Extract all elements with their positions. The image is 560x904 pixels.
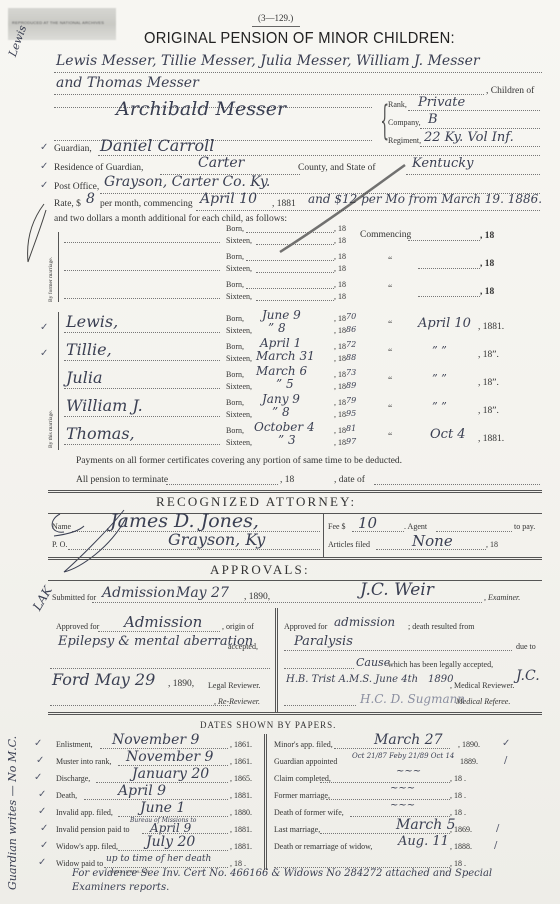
payments-note: Payments on all former certificates cove… — [76, 456, 402, 466]
check-mark-icon: ✓ — [40, 161, 48, 172]
per-month-label: per month, commencing — [100, 199, 193, 209]
this-marriage-label: By this marriage. — [48, 318, 54, 448]
articles-filed-label: Articles filed — [328, 540, 370, 549]
post-office-value: Grayson, Carter Co. Ky. — [104, 174, 270, 190]
approved-for-label: Approved for — [56, 622, 99, 631]
margin-note-left: Guardian writes — No M.C. — [6, 690, 19, 890]
dates-section-title: DATES SHOWN BY PAPERS. — [200, 720, 336, 730]
attorney-section-title: RECOGNIZED ATTORNEY: — [156, 494, 356, 510]
regiment-label: Regiment, — [388, 136, 421, 145]
children-names-line2: and Thomas Messer — [56, 75, 199, 91]
rate-label: Rate, $ — [54, 199, 81, 209]
child-name: Lewis, — [66, 312, 118, 331]
residence-label: Residence of Guardian, — [54, 163, 143, 173]
fee-value: 10 — [358, 514, 377, 532]
approved-for-right-label: Approved for — [284, 622, 327, 631]
guardian-value: Daniel Carroll — [100, 136, 214, 155]
approved-for-value: Admission — [124, 613, 202, 631]
submitted-date: May 27 — [176, 585, 229, 601]
child-name: William J. — [66, 396, 143, 415]
residence-state: Kentucky — [412, 156, 474, 171]
legal-reviewer-signature: Ford May 29 — [52, 670, 155, 689]
check-mark-icon: ✓ — [40, 142, 48, 153]
page-title: ORIGINAL PENSION OF MINOR CHILDREN: — [144, 30, 455, 48]
guardian-label: Guardian, — [54, 144, 92, 154]
section-divider — [48, 490, 542, 493]
former-marriage-label: By former marriage. — [48, 232, 54, 302]
bottom-note-line1: For evidence See Inv. Cert No. 466166 & … — [72, 868, 492, 879]
terminate-label: All pension to terminate — [76, 475, 168, 485]
articles-filed-value: None — [412, 532, 453, 550]
submitted-for-label: Submitted for — [52, 593, 96, 602]
soldier-name: Archibald Messer — [116, 98, 286, 120]
medical-reviewer-signature: H.B. Trist A.M.S. June 4th — [286, 674, 418, 685]
form-number-underline — [252, 26, 300, 27]
two-dollars-text: and two dollars a month additional for e… — [54, 214, 287, 224]
bottom-note-line2: Examiners reports. — [72, 882, 169, 893]
attorney-name: James D. Jones, — [110, 510, 259, 532]
examiner-signature: J.C. Weir — [360, 580, 434, 600]
attorney-flourish — [40, 508, 130, 578]
pencil-stroke — [270, 160, 410, 260]
rank-label: Rank, — [388, 100, 407, 109]
child-name: Julia — [66, 368, 103, 387]
origin-value: Epilepsy & mental aberration — [58, 634, 253, 649]
date-of-label: , date of — [334, 475, 365, 485]
children-names-line1: Lewis Messer, Tillie Messer, Julia Messe… — [56, 53, 480, 69]
rate-value: 8 — [86, 191, 95, 207]
submitted-for-value: Admission — [102, 585, 175, 601]
medical-referee-signature: H.C. D. Sugmann — [360, 692, 465, 706]
approvals-section-title: APPROVALS: — [210, 562, 310, 578]
rank-value: Private — [418, 95, 465, 110]
company-value: B — [428, 112, 438, 127]
residence-county: Carter — [198, 155, 244, 171]
company-label: Company, — [388, 118, 421, 127]
child-name: Thomas, — [66, 424, 135, 443]
former-row-1-commencing: Commencing — [360, 230, 411, 240]
attorney-po: Grayson, Ky — [168, 530, 265, 549]
regiment-value: 22 Ky. Vol Inf. — [424, 130, 514, 145]
fee-label: Fee $ — [328, 522, 346, 531]
children-of-label: , Children of — [486, 86, 534, 96]
death-cause: Paralysis — [294, 634, 353, 649]
pension-document: REPRODUCED AT THE NATIONAL ARCHIVES (3—1… — [0, 0, 560, 904]
side-initials: J.C. — [516, 668, 540, 684]
child-name: Tillie, — [66, 340, 112, 359]
check-mark-icon: ✓ — [40, 180, 48, 191]
rate-commencing: April 10 — [200, 191, 257, 207]
form-number: (3—129.) — [258, 13, 293, 23]
